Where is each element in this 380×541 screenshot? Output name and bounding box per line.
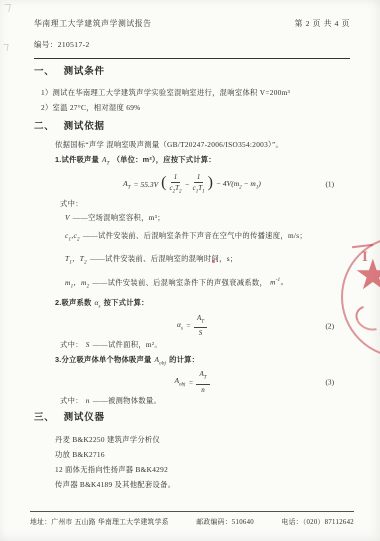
formula-lhs: AT — [123, 179, 130, 191]
red-ink-speck — [212, 260, 215, 263]
formula-lhs: αs — [177, 320, 183, 332]
symbol-definition: T1，T2 ——试件安装前、后混响室的混响时间，s； — [34, 253, 350, 268]
object-absorption-clause: 3.分立吸声体单个物体吸声量 Aobj 的计算： — [34, 354, 350, 369]
test-basis-standard: 依据国标“声学 混响室吸声测量（GB/T20247-2006/ISO354:20… — [34, 139, 350, 150]
clause-text: 1.试件吸声量 — [55, 154, 99, 165]
instrument-item: 丹麦 B&K2250 建筑声学分析仪 — [55, 432, 350, 447]
definition-text: ——试件安装前、后混响室条件下的声强衰减系数， — [92, 277, 267, 288]
section-2-number: 二、 — [34, 120, 55, 133]
where-intro: 式中： — [60, 395, 83, 406]
instrument-item: 传声器 B&K4189 及其他配套设备。 — [55, 477, 350, 492]
fraction: AT S — [194, 314, 207, 337]
math-variable: V — [65, 212, 70, 223]
math-variable: c1,c2 — [65, 230, 80, 245]
section-1-heading: 一、 测试条件 — [34, 65, 350, 78]
formula-object-absorption: Aobj = AT n (3) — [34, 369, 350, 395]
math-variable: T1，T2 — [65, 253, 87, 268]
unit-text: m-1。 — [270, 275, 288, 287]
where-intro: 式中： — [34, 198, 350, 209]
math-variable: Aobj — [154, 354, 166, 369]
formula-absorption-coefficient: αs = AT S (2) — [34, 313, 350, 339]
clause-text: 3.分立吸声体单个物体吸声量 — [55, 354, 151, 365]
math-variable: S — [86, 339, 90, 350]
instrument-item: 功放 B&K2716 — [55, 447, 350, 462]
instrument-item: 12 面体无指向性扬声器 B&K4292 — [55, 462, 350, 477]
equation-number: (3) — [325, 378, 334, 387]
footer-phone: 电话：（020）87112642 — [281, 518, 354, 527]
condition-item-2: 2）室温 27°C，相对湿度 69% — [34, 102, 350, 113]
footer-postcode: 邮政编码：510640 — [196, 518, 254, 527]
scanned-report-page: 华南理工大学建筑声学测试报告 第 2 页 共 4 页 编号：210517-2 一… — [0, 0, 380, 541]
clause-text: （单位：m²），应按下式计算： — [113, 154, 216, 165]
definition-text: ——试件安装前、后混响室的混响时间，s； — [90, 253, 237, 264]
clause-text: 按下式计算： — [104, 297, 149, 308]
section-3-number: 三、 — [34, 411, 55, 424]
minus-sign: − — [185, 180, 190, 189]
footer-divider — [30, 511, 354, 512]
section-1-number: 一、 — [34, 65, 55, 78]
formula-tail: − 4V(m2 − m1) — [216, 179, 261, 191]
symbol-definition: m1，m2 ——试件安装前、后混响室条件下的声强衰减系数， m-1。 — [34, 275, 350, 292]
math-variable: n — [86, 395, 90, 406]
report-title: 华南理工大学建筑声学测试报告 — [34, 19, 152, 29]
clause-text: 2.吸声系数 — [55, 297, 91, 308]
fraction: AT n — [196, 370, 209, 393]
equation-number: (2) — [325, 321, 334, 330]
section-3-heading: 三、 测试仪器 — [34, 411, 350, 424]
section-3-title: 测试仪器 — [64, 411, 105, 424]
clause-text: 的计算： — [169, 354, 199, 365]
section-1-title: 测试条件 — [64, 65, 105, 78]
definition-text: ——试件面积，m²。 — [93, 339, 162, 350]
page-number: 第 2 页 共 4 页 — [295, 19, 350, 29]
symbol-definition: V ——空场混响室容积，m³； — [34, 212, 350, 223]
symbol-definition: 式中： S ——试件面积，m²。 — [34, 339, 350, 350]
where-intro: 式中： — [60, 339, 83, 350]
section-2-title: 测试依据 — [64, 120, 105, 133]
fraction: 1 c2T2 — [170, 173, 182, 196]
document-body: 华南理工大学建筑声学测试报告 第 2 页 共 4 页 编号：210517-2 一… — [0, 0, 380, 492]
formula-equals: = — [188, 378, 193, 387]
formula-absorption-quantity: AT = 55.3V ( 1 c2T2 − 1 c1T1 ) − 4V(m2 −… — [34, 170, 350, 198]
math-variable: m1，m2 — [65, 277, 89, 292]
section-2-heading: 二、 测试依据 — [34, 120, 350, 133]
condition-item-1: 1）测试在华南理工大学建筑声学实验室混响室进行，混响室体积 V=200m³ — [34, 87, 350, 98]
definition-text: ——空场混响室容积，m³； — [73, 212, 165, 223]
definition-text: ——试件安装前、后混响室条件下声音在空气中的传播速度，m/s； — [83, 230, 307, 241]
formula-equals: = — [186, 321, 191, 330]
formula-lhs: Aobj — [174, 376, 185, 388]
definition-text: ——被测物体数量。 — [93, 395, 161, 406]
instrument-list: 丹麦 B&K2250 建筑声学分析仪 功放 B&K2716 12 面体无指向性扬… — [34, 432, 350, 492]
math-variable: αs — [94, 297, 100, 312]
math-variable: AT — [102, 154, 110, 169]
symbol-definition: c1,c2 ——试件安装前、后混响室条件下声音在空气中的传播速度，m/s； — [34, 230, 350, 245]
equation-number: (1) — [325, 180, 334, 189]
symbol-definition: 式中： n ——被测物体数量。 — [34, 395, 350, 406]
absorption-coefficient-clause: 2.吸声系数 αs 按下式计算： — [34, 297, 350, 312]
page-footer: 地址：广州市 五山路 华南理工大学建筑学系 邮政编码：510640 电话：（02… — [30, 511, 354, 527]
footer-address: 地址：广州市 五山路 华南理工大学建筑学系 — [30, 518, 169, 527]
report-number: 编号：210517-2 — [34, 40, 350, 50]
formula-equals: = 55.3V — [134, 180, 159, 189]
header-divider — [34, 58, 350, 59]
page-header: 华南理工大学建筑声学测试报告 第 2 页 共 4 页 — [34, 19, 350, 29]
absorption-quantity-clause: 1.试件吸声量 AT （单位：m²），应按下式计算： — [34, 154, 350, 169]
fraction: 1 c1T1 — [193, 173, 205, 196]
